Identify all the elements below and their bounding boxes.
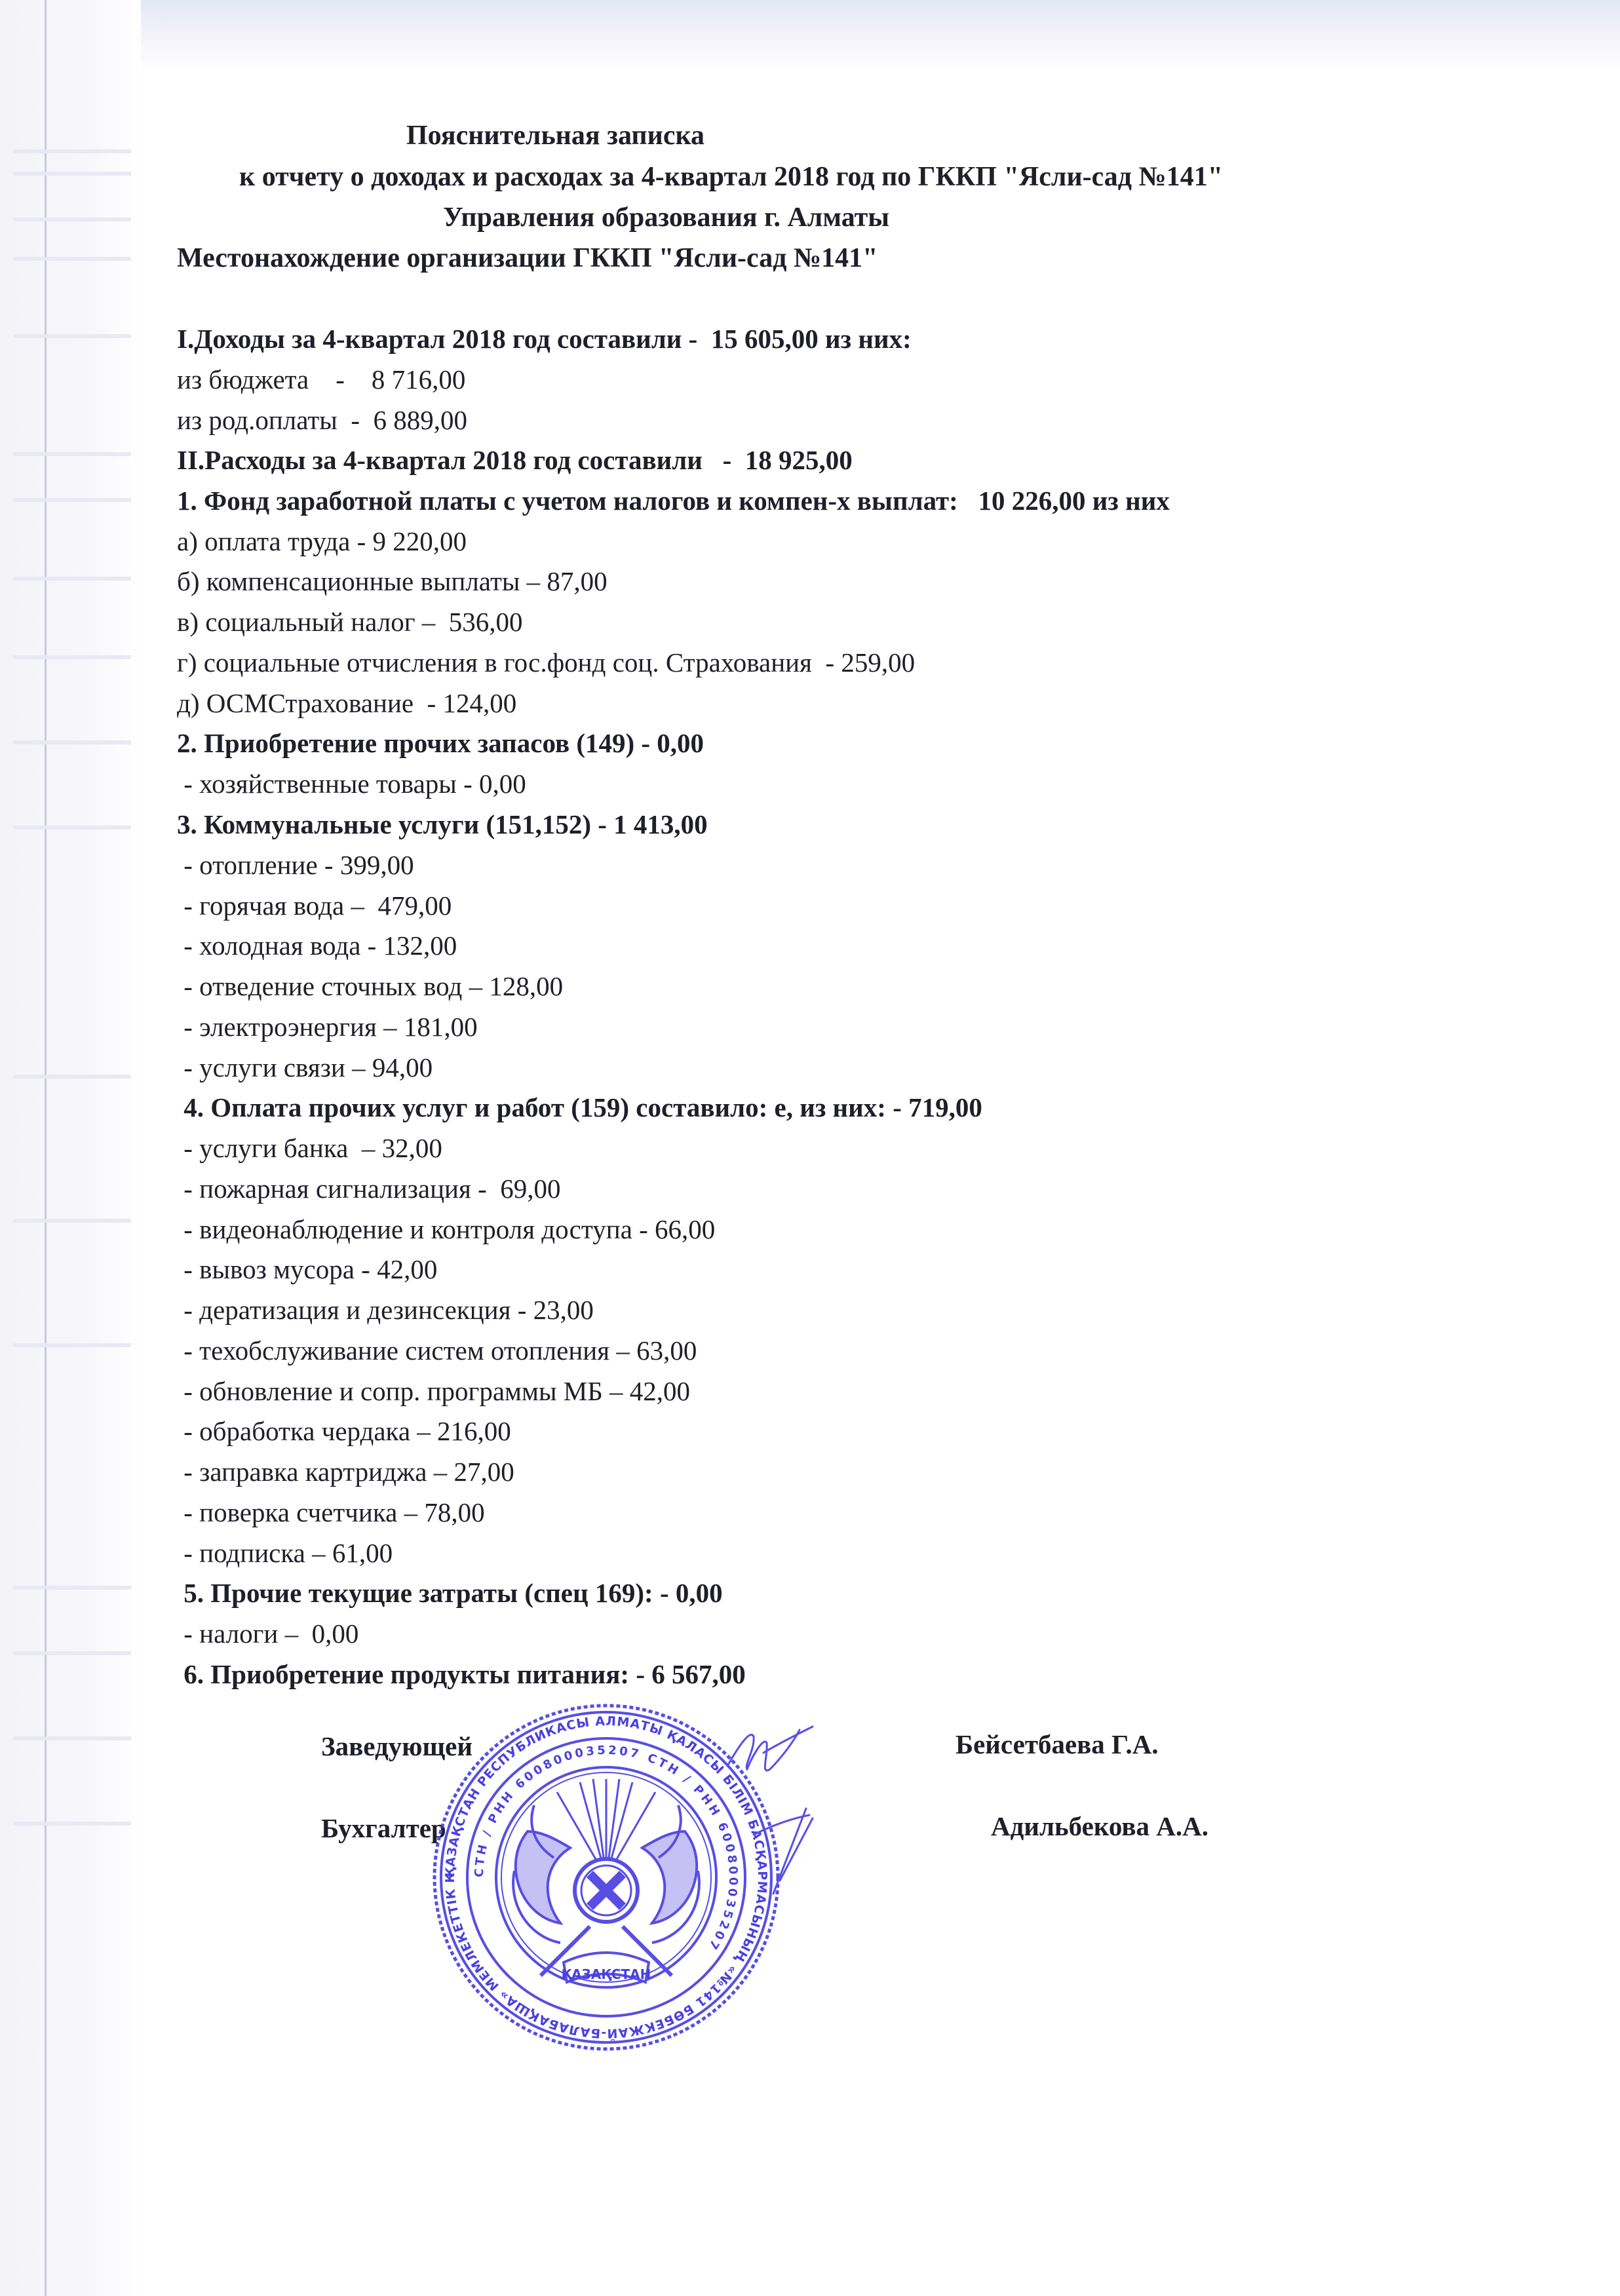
document-subtitle: к отчету о доходах и расходах за 4-кварт… [239,163,1223,191]
section-item: - налоги – 0,00 [177,1620,358,1647]
section-item: - заправка картриджа – 27,00 [177,1459,514,1485]
section-item: - отопление - 399,00 [177,852,414,879]
section-item: - обработка чердака – 216,00 [177,1418,511,1445]
section-item: б) компенсационные выплаты – 87,00 [177,568,607,595]
section-item: - техобслуживание систем отопления – 63,… [177,1337,697,1364]
section-item: - горячая вода – 479,00 [177,892,452,919]
section-item: г) социальные отчисления в гос.фонд соц.… [177,649,915,676]
section-heading: 5. Прочие текущие затраты (спец 169): - … [177,1580,723,1607]
section-heading: 6. Приобретение продукты питания: - 6 56… [177,1661,746,1688]
section-heading: 1. Фонд заработной платы с учетом налого… [177,488,1170,514]
signature-name-accountant: Адильбекова А.А. [991,1813,1208,1840]
section-item: д) ОСМСтрахование - 124,00 [177,690,516,717]
section-item: - услуги банка – 32,00 [177,1135,442,1162]
section-item: - вывоз мусора - 42,00 [177,1256,437,1283]
section-item: - обновление и сопр. программы МБ – 42,0… [177,1378,690,1405]
svg-text:ҚАЗАҚСТАН: ҚАЗАҚСТАН [562,1966,651,1982]
signature-scribble-icon [714,1704,845,1900]
section-heading: 3. Коммунальные услуги (151,152) - 1 413… [177,811,708,838]
section-item: - пожарная сигнализация - 69,00 [177,1176,561,1202]
section-item: а) оплата труда - 9 220,00 [177,528,467,555]
signature-role-accountant: Бухгалтер [321,1815,446,1842]
signature-name-director: Бейсетбаева Г.А. [955,1731,1159,1758]
section-item: - хозяйственные товары - 0,00 [177,771,526,797]
section-item: - электроэнергия – 181,00 [177,1014,478,1041]
scan-top-shadow [0,0,1620,72]
section-item: - дератизация и дезинсекция - 23,00 [177,1297,594,1324]
section-item: - подписка – 61,00 [177,1540,393,1567]
income-item: из бюджета - 8 716,00 [177,366,465,393]
section-heading: 2. Приобретение прочих запасов (149) - 0… [177,730,704,757]
section-heading: 4. Оплата прочих услуг и работ (159) сос… [177,1094,982,1121]
document-title: Пояснительная записка [406,122,704,149]
section-item: в) социальный налог – 536,00 [177,609,523,636]
income-heading: I.Доходы за 4-квартал 2018 год составили… [177,326,912,353]
handwritten-signature [714,1704,845,1900]
document-location: Местонахождение организации ГККП "Ясли-с… [177,244,877,272]
expenses-heading: II.Расходы за 4-квартал 2018 год состави… [177,447,853,474]
document-department: Управления образования г. Алматы [443,204,889,231]
section-item: - видеонаблюдение и контроля доступа - 6… [177,1216,715,1243]
section-item: - холодная вода - 132,00 [177,932,457,959]
section-item: - поверка счетчика – 78,00 [177,1499,485,1526]
scan-ghost-lines [0,0,141,2296]
section-item: - услуги связи – 94,00 [177,1054,433,1081]
section-item: - отведение сточных вод – 128,00 [177,973,563,1000]
income-item: из род.оплаты - 6 889,00 [177,407,467,434]
